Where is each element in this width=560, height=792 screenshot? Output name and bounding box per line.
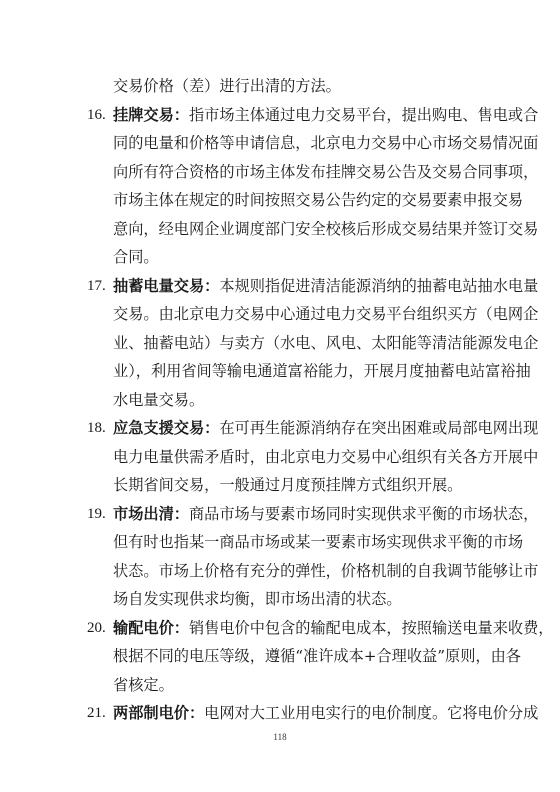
entry-first-line: 应急支援交易：在可再生能源消纳存在突出困难或局部电网出现	[113, 418, 477, 438]
entry-text: 本规则指促进清洁能源消纳的抽蓄电站抽水电量	[219, 277, 538, 295]
entry-number: 20.	[87, 618, 113, 638]
entry-term: 挂牌交易：	[113, 106, 189, 124]
entry-number: 17.	[87, 276, 113, 296]
entry-first-line: 输配电价：销售电价中包含的输配电成本，按照输送电量来收费，	[113, 618, 477, 638]
entry-term: 市场出清：	[113, 505, 189, 523]
continuation-line: 交易价格（差）进行出清的方法。	[113, 76, 477, 96]
entry-line: 长期省间交易，一般通过月度预挂牌方式组织开展。	[113, 475, 477, 495]
entry-line: 场自发实现供求均衡，即市场出清的状态。	[113, 589, 477, 609]
entry-text: 商品市场与要素市场同时实现供求平衡的市场状态，	[189, 505, 538, 523]
entry-text: 电网对大工业用电实行的电价制度。它将电价分成	[204, 704, 538, 722]
entry-line: 同的电量和价格等申请信息，北京电力交易中心市场交易情况面	[113, 133, 477, 153]
entry-number: 18.	[87, 418, 113, 438]
entry-line: 业），利用省间等输电通道富裕能力，开展月度抽蓄电站富裕抽	[113, 361, 477, 381]
entry-text: 在可再生能源消纳存在突出困难或局部电网出现	[219, 419, 538, 437]
entry-line: 意向，经电网企业调度部门安全校核后形成交易结果并签订交易	[113, 219, 477, 239]
entry-number: 21.	[87, 703, 113, 723]
entry-line: 交易。由北京电力交易中心通过电力交易平台组织买方（电网企	[113, 304, 477, 324]
entry-line: 水电量交易。	[113, 390, 477, 410]
entry-text: 指市场主体通过电力交易平台，提出购电、售电或合	[189, 106, 538, 124]
entry-line: 向所有符合资格的市场主体发布挂牌交易公告及交易合同事项，	[113, 162, 477, 182]
entry-line: 但有时也指某一商品市场或某一要素市场实现供求平衡的市场	[113, 532, 477, 552]
entry-term: 输配电价：	[113, 619, 189, 637]
entry-line: 状态。市场上价格有充分的弹性，价格机制的自我调节能够让市	[113, 561, 477, 581]
entry-first-line: 抽蓄电量交易：本规则指促进清洁能源消纳的抽蓄电站抽水电量	[113, 276, 477, 296]
entry-line: 业、抽蓄电站）与卖方（水电、风电、太阳能等清洁能源发电企	[113, 333, 477, 353]
page-number: 118	[0, 732, 560, 742]
entry-line: 电力电量供需矛盾时，由北京电力交易中心组织有关各方开展中	[113, 447, 477, 467]
entry-number: 16.	[87, 105, 113, 125]
document-page: 交易价格（差）进行出清的方法。 16. 挂牌交易：指市场主体通过电力交易平台，提…	[0, 0, 560, 792]
entry-line: 省核定。	[113, 675, 477, 695]
entry-term: 两部制电价：	[113, 704, 204, 722]
entry-text: 销售电价中包含的输配电成本，按照输送电量来收费，	[189, 619, 554, 637]
entry-line: 市场主体在规定的时间按照交易公告约定的交易要素申报交易	[113, 190, 477, 210]
entry-number: 19.	[87, 504, 113, 524]
entry-term: 抽蓄电量交易：	[113, 277, 219, 295]
entry-first-line: 两部制电价：电网对大工业用电实行的电价制度。它将电价分成	[113, 703, 477, 723]
entry-line: 根据不同的电压等级，遵循“准许成本+合理收益”原则，由各	[113, 646, 477, 666]
entry-first-line: 挂牌交易：指市场主体通过电力交易平台，提出购电、售电或合	[113, 105, 477, 125]
entry-first-line: 市场出清：商品市场与要素市场同时实现供求平衡的市场状态，	[113, 504, 477, 524]
entry-line: 合同。	[113, 247, 477, 267]
entry-term: 应急支援交易：	[113, 419, 219, 437]
